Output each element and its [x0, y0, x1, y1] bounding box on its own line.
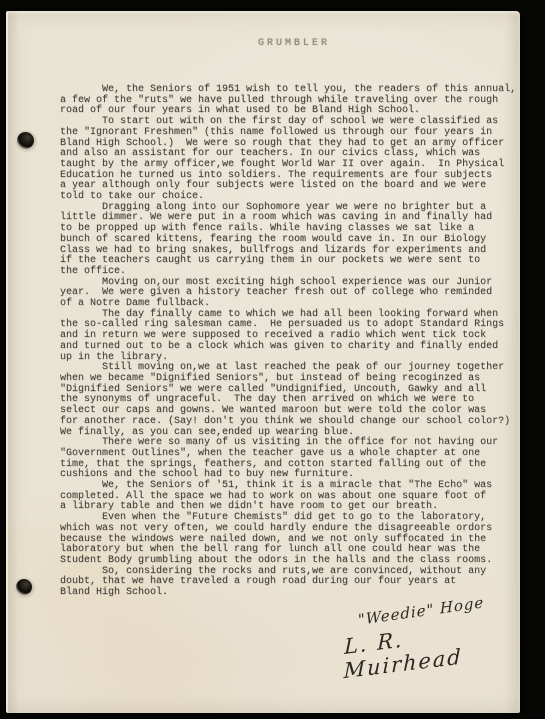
paragraph-freshman-year: To start out with on the first day of sc… [60, 117, 520, 203]
paragraph-government-outlines: There were so many of us visiting in the… [60, 438, 520, 481]
brad-fastener-bottom-icon [16, 579, 32, 595]
paragraph-conclusion: So, considering the rocks and ruts,we ar… [60, 567, 520, 599]
scan-frame: GRUMBLER We, the Seniors of 1951 wish to… [0, 0, 545, 719]
paragraph-intro: We, the Seniors of 1951 wish to tell you… [60, 85, 520, 117]
paragraph-junior-year: Moving on,our most exciting high school … [60, 278, 520, 310]
paragraph-ring-salesman: The day finally came to which we had all… [60, 310, 520, 364]
document-page: GRUMBLER We, the Seniors of 1951 wish to… [6, 11, 520, 713]
brad-fastener-top-icon [17, 132, 34, 149]
page-title: GRUMBLER [74, 38, 514, 49]
paragraph-the-echo: We, the Seniors of '51, think it is a mi… [60, 481, 520, 513]
essay-body: We, the Seniors of 1951 wish to tell you… [60, 85, 520, 599]
paragraph-future-chemists: Even when the "Future Chemists" did get … [60, 513, 520, 567]
signature-block: "Weedie" Hoge L. R. Muirhead [336, 611, 516, 683]
page-content: GRUMBLER We, the Seniors of 1951 wish to… [60, 38, 520, 599]
paragraph-dignified-seniors: Still moving on,we at last reached the p… [60, 363, 520, 438]
paragraph-sophomore-year: Dragging along into our Sophomore year w… [60, 203, 520, 278]
